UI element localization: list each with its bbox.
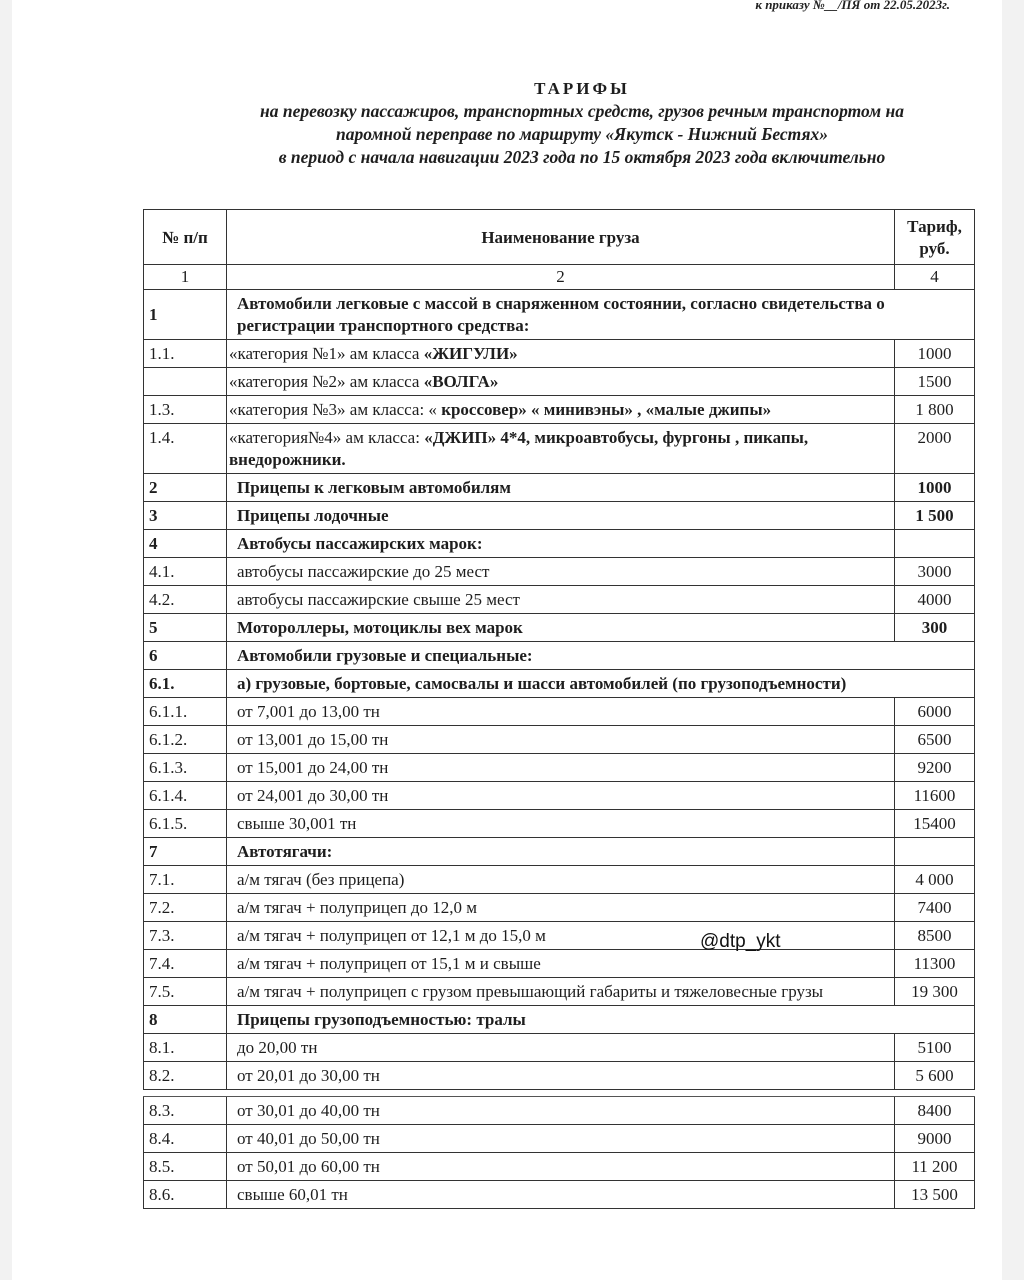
- table-row: 7.4.а/м тягач + полуприцеп от 15,1 м и с…: [144, 950, 975, 978]
- table-row: 8.5.от 50,01 до 60,00 тн11 200: [144, 1153, 975, 1181]
- table-row: 6.1.1.от 7,001 до 13,00 тн6000: [144, 698, 975, 726]
- row-number: 7.5.: [144, 978, 227, 1006]
- table-row: 8.4.от 40,01 до 50,00 тн9000: [144, 1125, 975, 1153]
- row-number: 7.4.: [144, 950, 227, 978]
- row-number: 7.1.: [144, 866, 227, 894]
- row-number: 1.4.: [144, 424, 227, 474]
- row-number: 7.3.: [144, 922, 227, 950]
- row-number: 2: [144, 474, 227, 502]
- name-plain: «категория №2» ам класса: [229, 372, 424, 391]
- row-name: Мотороллеры, мотоциклы вех марок: [227, 614, 895, 642]
- subtitle-line-1: на перевозку пассажиров, транспортных ср…: [192, 100, 972, 123]
- table-row: 6.1.5.свыше 30,001 тн15400: [144, 810, 975, 838]
- table-row: 1Автомобили легковые с массой в снаряжен…: [144, 290, 975, 340]
- row-name: Прицепы к легковым автомобилям: [227, 474, 895, 502]
- table-row: 1.3.«категория №3» ам класса: « кроссове…: [144, 396, 975, 424]
- row-tariff: 9200: [895, 754, 975, 782]
- row-number: [144, 368, 227, 396]
- row-tariff: 11 200: [895, 1153, 975, 1181]
- row-tariff: 11600: [895, 782, 975, 810]
- table-row: 7.5.а/м тягач + полуприцеп с грузом прев…: [144, 978, 975, 1006]
- document-title-block: ТАРИФЫ на перевозку пассажиров, транспор…: [192, 78, 972, 169]
- row-number: 8.3.: [144, 1097, 227, 1125]
- row-tariff: 9000: [895, 1125, 975, 1153]
- row-tariff: 3000: [895, 558, 975, 586]
- gap-cell: [144, 1090, 975, 1097]
- header-num: № п/п: [144, 210, 227, 265]
- table-row: 6.1.а) грузовые, бортовые, самосвалы и ш…: [144, 670, 975, 698]
- name-bold: «ВОЛГА»: [424, 372, 499, 391]
- table-row: 4Автобусы пассажирских марок:: [144, 530, 975, 558]
- tariff-table: № п/п Наименование груза Тариф, руб. 1 2…: [143, 209, 975, 1209]
- row-name: а/м тягач + полуприцеп до 12,0 м: [227, 894, 895, 922]
- row-number: 8.4.: [144, 1125, 227, 1153]
- row-name: свыше 60,01 тн: [227, 1181, 895, 1209]
- row-number: 4: [144, 530, 227, 558]
- row-number: 6.1.1.: [144, 698, 227, 726]
- header-tariff: Тариф, руб.: [895, 210, 975, 265]
- row-number: 8.6.: [144, 1181, 227, 1209]
- column-number-row: 1 2 4: [144, 265, 975, 290]
- row-name: от 50,01 до 60,00 тн: [227, 1153, 895, 1181]
- watermark-handle: @dtp_ykt: [700, 931, 781, 953]
- row-tariff: 1500: [895, 368, 975, 396]
- row-tariff: 4000: [895, 586, 975, 614]
- table-row: 5Мотороллеры, мотоциклы вех марок300: [144, 614, 975, 642]
- table-row: 1.1.«категория №1» ам класса «ЖИГУЛИ»100…: [144, 340, 975, 368]
- row-name: Прицепы лодочные: [227, 502, 895, 530]
- row-number: 8.1.: [144, 1034, 227, 1062]
- row-number: 6.1.: [144, 670, 227, 698]
- row-number: 6.1.4.: [144, 782, 227, 810]
- table-row: 3Прицепы лодочные1 500: [144, 502, 975, 530]
- row-tariff: 300: [895, 614, 975, 642]
- header-name: Наименование груза: [227, 210, 895, 265]
- row-number: 6.1.2.: [144, 726, 227, 754]
- row-name: автобусы пассажирские до 25 мест: [227, 558, 895, 586]
- table-row: 7Автотягачи:: [144, 838, 975, 866]
- table-row: 7.2.а/м тягач + полуприцеп до 12,0 м7400: [144, 894, 975, 922]
- table-row: 6Автомобили грузовые и специальные:: [144, 642, 975, 670]
- table-row: 8.1.до 20,00 тн5100: [144, 1034, 975, 1062]
- row-tariff: 8500: [895, 922, 975, 950]
- table-row: 7.3.а/м тягач + полуприцеп от 12,1 м до …: [144, 922, 975, 950]
- name-plain: «категория№4» ам класса:: [229, 428, 424, 447]
- name-plain: «категория №3» ам класса: «: [229, 400, 441, 419]
- row-name: а/м тягач + полуприцеп от 15,1 м и свыше: [227, 950, 895, 978]
- row-number: 1.1.: [144, 340, 227, 368]
- row-tariff: 1 800: [895, 396, 975, 424]
- row-tariff: 15400: [895, 810, 975, 838]
- row-number: 6.1.5.: [144, 810, 227, 838]
- table-row: «категория №2» ам класса «ВОЛГА»1500: [144, 368, 975, 396]
- row-tariff: [895, 838, 975, 866]
- row-name: от 20,01 до 30,00 тн: [227, 1062, 895, 1090]
- row-name: а/м тягач (без прицепа): [227, 866, 895, 894]
- row-tariff: 19 300: [895, 978, 975, 1006]
- name-bold: кроссовер» « минивэны» , «малые джипы»: [441, 400, 771, 419]
- row-name: Автомобили грузовые и специальные:: [227, 642, 975, 670]
- table-row: 2Прицепы к легковым автомобилям1000: [144, 474, 975, 502]
- table-header-row: № п/п Наименование груза Тариф, руб.: [144, 210, 975, 265]
- table-row: 8.2.от 20,01 до 30,00 тн5 600: [144, 1062, 975, 1090]
- row-name: Автобусы пассажирских марок:: [227, 530, 895, 558]
- row-number: 1.3.: [144, 396, 227, 424]
- name-plain: «категория №1» ам класса: [229, 344, 424, 363]
- row-name: Прицепы грузоподъемностью: тралы: [227, 1006, 975, 1034]
- row-tariff: 6000: [895, 698, 975, 726]
- row-name: от 30,01 до 40,00 тн: [227, 1097, 895, 1125]
- row-name: Автомобили легковые с массой в снаряженн…: [227, 290, 975, 340]
- table-row: 4.2.автобусы пассажирские свыше 25 мест4…: [144, 586, 975, 614]
- row-name: свыше 30,001 тн: [227, 810, 895, 838]
- row-name: от 13,001 до 15,00 тн: [227, 726, 895, 754]
- order-reference: к приказу №__/ПЯ от 22.05.2023г.: [755, 0, 950, 13]
- row-number: 6: [144, 642, 227, 670]
- row-name: автобусы пассажирские свыше 25 мест: [227, 586, 895, 614]
- table-row: 6.1.4.от 24,001 до 30,00 тн11600: [144, 782, 975, 810]
- column-number-4: 4: [895, 265, 975, 290]
- row-name: а/м тягач + полуприцеп от 12,1 м до 15,0…: [227, 922, 895, 950]
- row-tariff: 1 500: [895, 502, 975, 530]
- table-row: 1.4.«категория№4» ам класса: «ДЖИП» 4*4,…: [144, 424, 975, 474]
- row-tariff: 5100: [895, 1034, 975, 1062]
- row-tariff: 2000: [895, 424, 975, 474]
- table-row: 8Прицепы грузоподъемностью: тралы: [144, 1006, 975, 1034]
- row-name: «категория №2» ам класса «ВОЛГА»: [227, 368, 895, 396]
- row-tariff: 8400: [895, 1097, 975, 1125]
- subtitle-line-3: в период с начала навигации 2023 года по…: [192, 146, 972, 169]
- table-row: 7.1.а/м тягач (без прицепа)4 000: [144, 866, 975, 894]
- name-bold: «ЖИГУЛИ»: [424, 344, 518, 363]
- row-tariff: 7400: [895, 894, 975, 922]
- row-number: 4.2.: [144, 586, 227, 614]
- row-number: 8.5.: [144, 1153, 227, 1181]
- row-name: «категория№4» ам класса: «ДЖИП» 4*4, мик…: [227, 424, 895, 474]
- row-name: до 20,00 тн: [227, 1034, 895, 1062]
- row-name: «категория №1» ам класса «ЖИГУЛИ»: [227, 340, 895, 368]
- table-row: 4.1.автобусы пассажирские до 25 мест3000: [144, 558, 975, 586]
- row-tariff: 1000: [895, 340, 975, 368]
- table-row: 8.6. свыше 60,01 тн13 500: [144, 1181, 975, 1209]
- row-tariff: 13 500: [895, 1181, 975, 1209]
- row-name: а) грузовые, бортовые, самосвалы и шасси…: [227, 670, 975, 698]
- column-number-1: 1: [144, 265, 227, 290]
- row-name: «категория №3» ам класса: « кроссовер» «…: [227, 396, 895, 424]
- row-number: 4.1.: [144, 558, 227, 586]
- document-title: ТАРИФЫ: [192, 78, 972, 100]
- row-tariff: 5 600: [895, 1062, 975, 1090]
- row-name: от 24,001 до 30,00 тн: [227, 782, 895, 810]
- row-tariff: 6500: [895, 726, 975, 754]
- table-row: 6.1.2.от 13,001 до 15,00 тн6500: [144, 726, 975, 754]
- row-tariff: 11300: [895, 950, 975, 978]
- row-number: 3: [144, 502, 227, 530]
- row-number: 8: [144, 1006, 227, 1034]
- row-number: 7: [144, 838, 227, 866]
- column-number-2: 2: [227, 265, 895, 290]
- table-gap: [144, 1090, 975, 1097]
- row-name: от 40,01 до 50,00 тн: [227, 1125, 895, 1153]
- row-number: 1: [144, 290, 227, 340]
- row-name: Автотягачи:: [227, 838, 895, 866]
- table-row: 8.3.от 30,01 до 40,00 тн8400: [144, 1097, 975, 1125]
- row-name: от 15,001 до 24,00 тн: [227, 754, 895, 782]
- row-tariff: 4 000: [895, 866, 975, 894]
- row-number: 8.2.: [144, 1062, 227, 1090]
- table-row: 6.1.3.от 15,001 до 24,00 тн9200: [144, 754, 975, 782]
- row-number: 7.2.: [144, 894, 227, 922]
- subtitle-line-2: паромной переправе по маршруту «Якутск -…: [192, 123, 972, 146]
- row-name: от 7,001 до 13,00 тн: [227, 698, 895, 726]
- row-tariff: 1000: [895, 474, 975, 502]
- row-number: 6.1.3.: [144, 754, 227, 782]
- row-name: а/м тягач + полуприцеп с грузом превышаю…: [227, 978, 895, 1006]
- row-tariff: [895, 530, 975, 558]
- row-number: 5: [144, 614, 227, 642]
